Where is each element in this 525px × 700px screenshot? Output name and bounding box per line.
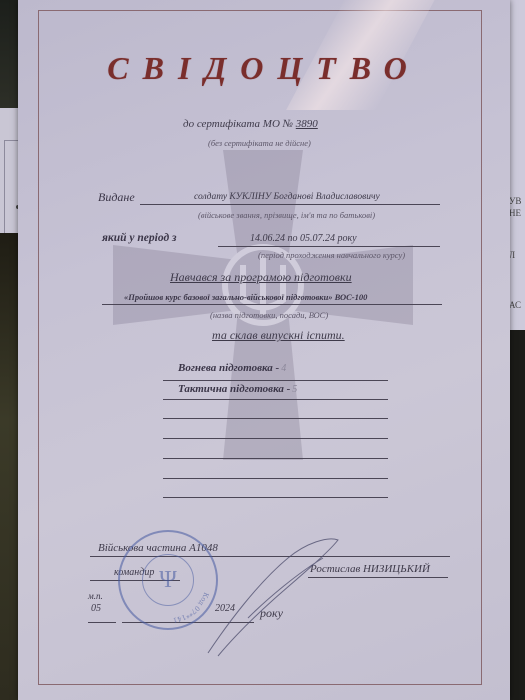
program-underline [102, 304, 442, 305]
exam-line-empty [163, 458, 388, 459]
exam-line-empty [163, 438, 388, 439]
date-year: 2024 [215, 603, 235, 614]
period-label: який у період з [102, 232, 177, 244]
background-text-fragment: АС [509, 300, 521, 310]
exam-line-empty [163, 478, 388, 479]
exam-line-empty [163, 497, 388, 498]
commander-label-underline [90, 580, 180, 581]
date-day: 05 [91, 603, 101, 614]
exam-grade: 4 [281, 363, 286, 374]
issued-to-value: солдату КУКЛІНУ Богданові Владиславовичу [194, 192, 380, 202]
certificate-title: СВІДОЦТВО [18, 50, 510, 87]
cert-reference: до сертифіката МО № 3890 [183, 118, 318, 130]
cert-number: 3890 [296, 118, 318, 130]
commander-name: Ростислав НИЗИЦЬКИЙ [310, 563, 430, 575]
program-name: «Пройшов курс базової загально-військово… [124, 292, 367, 302]
exam-grade: 5 [292, 384, 297, 395]
exams-heading: та склав випускні іспити. [212, 328, 345, 343]
certificate-border [38, 10, 482, 685]
issued-label: Видане [98, 190, 135, 205]
commander-label: командир [114, 567, 154, 578]
program-heading: Навчався за програмою підготовки [170, 270, 352, 285]
cert-reference-caption: (без сертифіката не дійсне) [208, 138, 311, 148]
period-caption: (період проходження навчального курсу) [258, 250, 405, 260]
date-suffix: року [260, 606, 283, 621]
exam-subject: Вогнева підготовка - [178, 362, 279, 374]
unit-underline [90, 556, 450, 557]
program-caption: (назва підготовки, посади, ВОС) [210, 310, 328, 320]
background-text-fragment: УВ [509, 196, 521, 206]
exam-line [163, 399, 388, 400]
exam-subject: Тактична підготовка - [178, 383, 290, 395]
military-unit-label: Військова частина А1048 [98, 542, 218, 554]
period-value: 14.06.24 по 05.07.24 року [250, 233, 357, 244]
exam-line [163, 380, 388, 381]
certificate-sheet: СВІДОЦТВО до сертифіката МО № 3890 (без … [18, 0, 510, 700]
issued-underline [140, 204, 440, 205]
background-text-fragment: НЕ [509, 208, 521, 218]
commander-underline [308, 577, 448, 578]
exam-line-empty [163, 418, 388, 419]
seal-label: м.п. [88, 591, 103, 601]
period-underline [218, 246, 440, 247]
exam-item-fire-training: Вогнева підготовка -4 [178, 362, 286, 374]
cert-reference-prefix: до сертифіката МО № [183, 118, 293, 130]
date-day-underline [88, 622, 116, 623]
issued-caption: (військове звання, прізвище, ім'я та по … [198, 210, 375, 220]
date-year-underline [204, 622, 254, 623]
exam-item-tactical-training: Тактична підготовка -5 [178, 383, 297, 395]
